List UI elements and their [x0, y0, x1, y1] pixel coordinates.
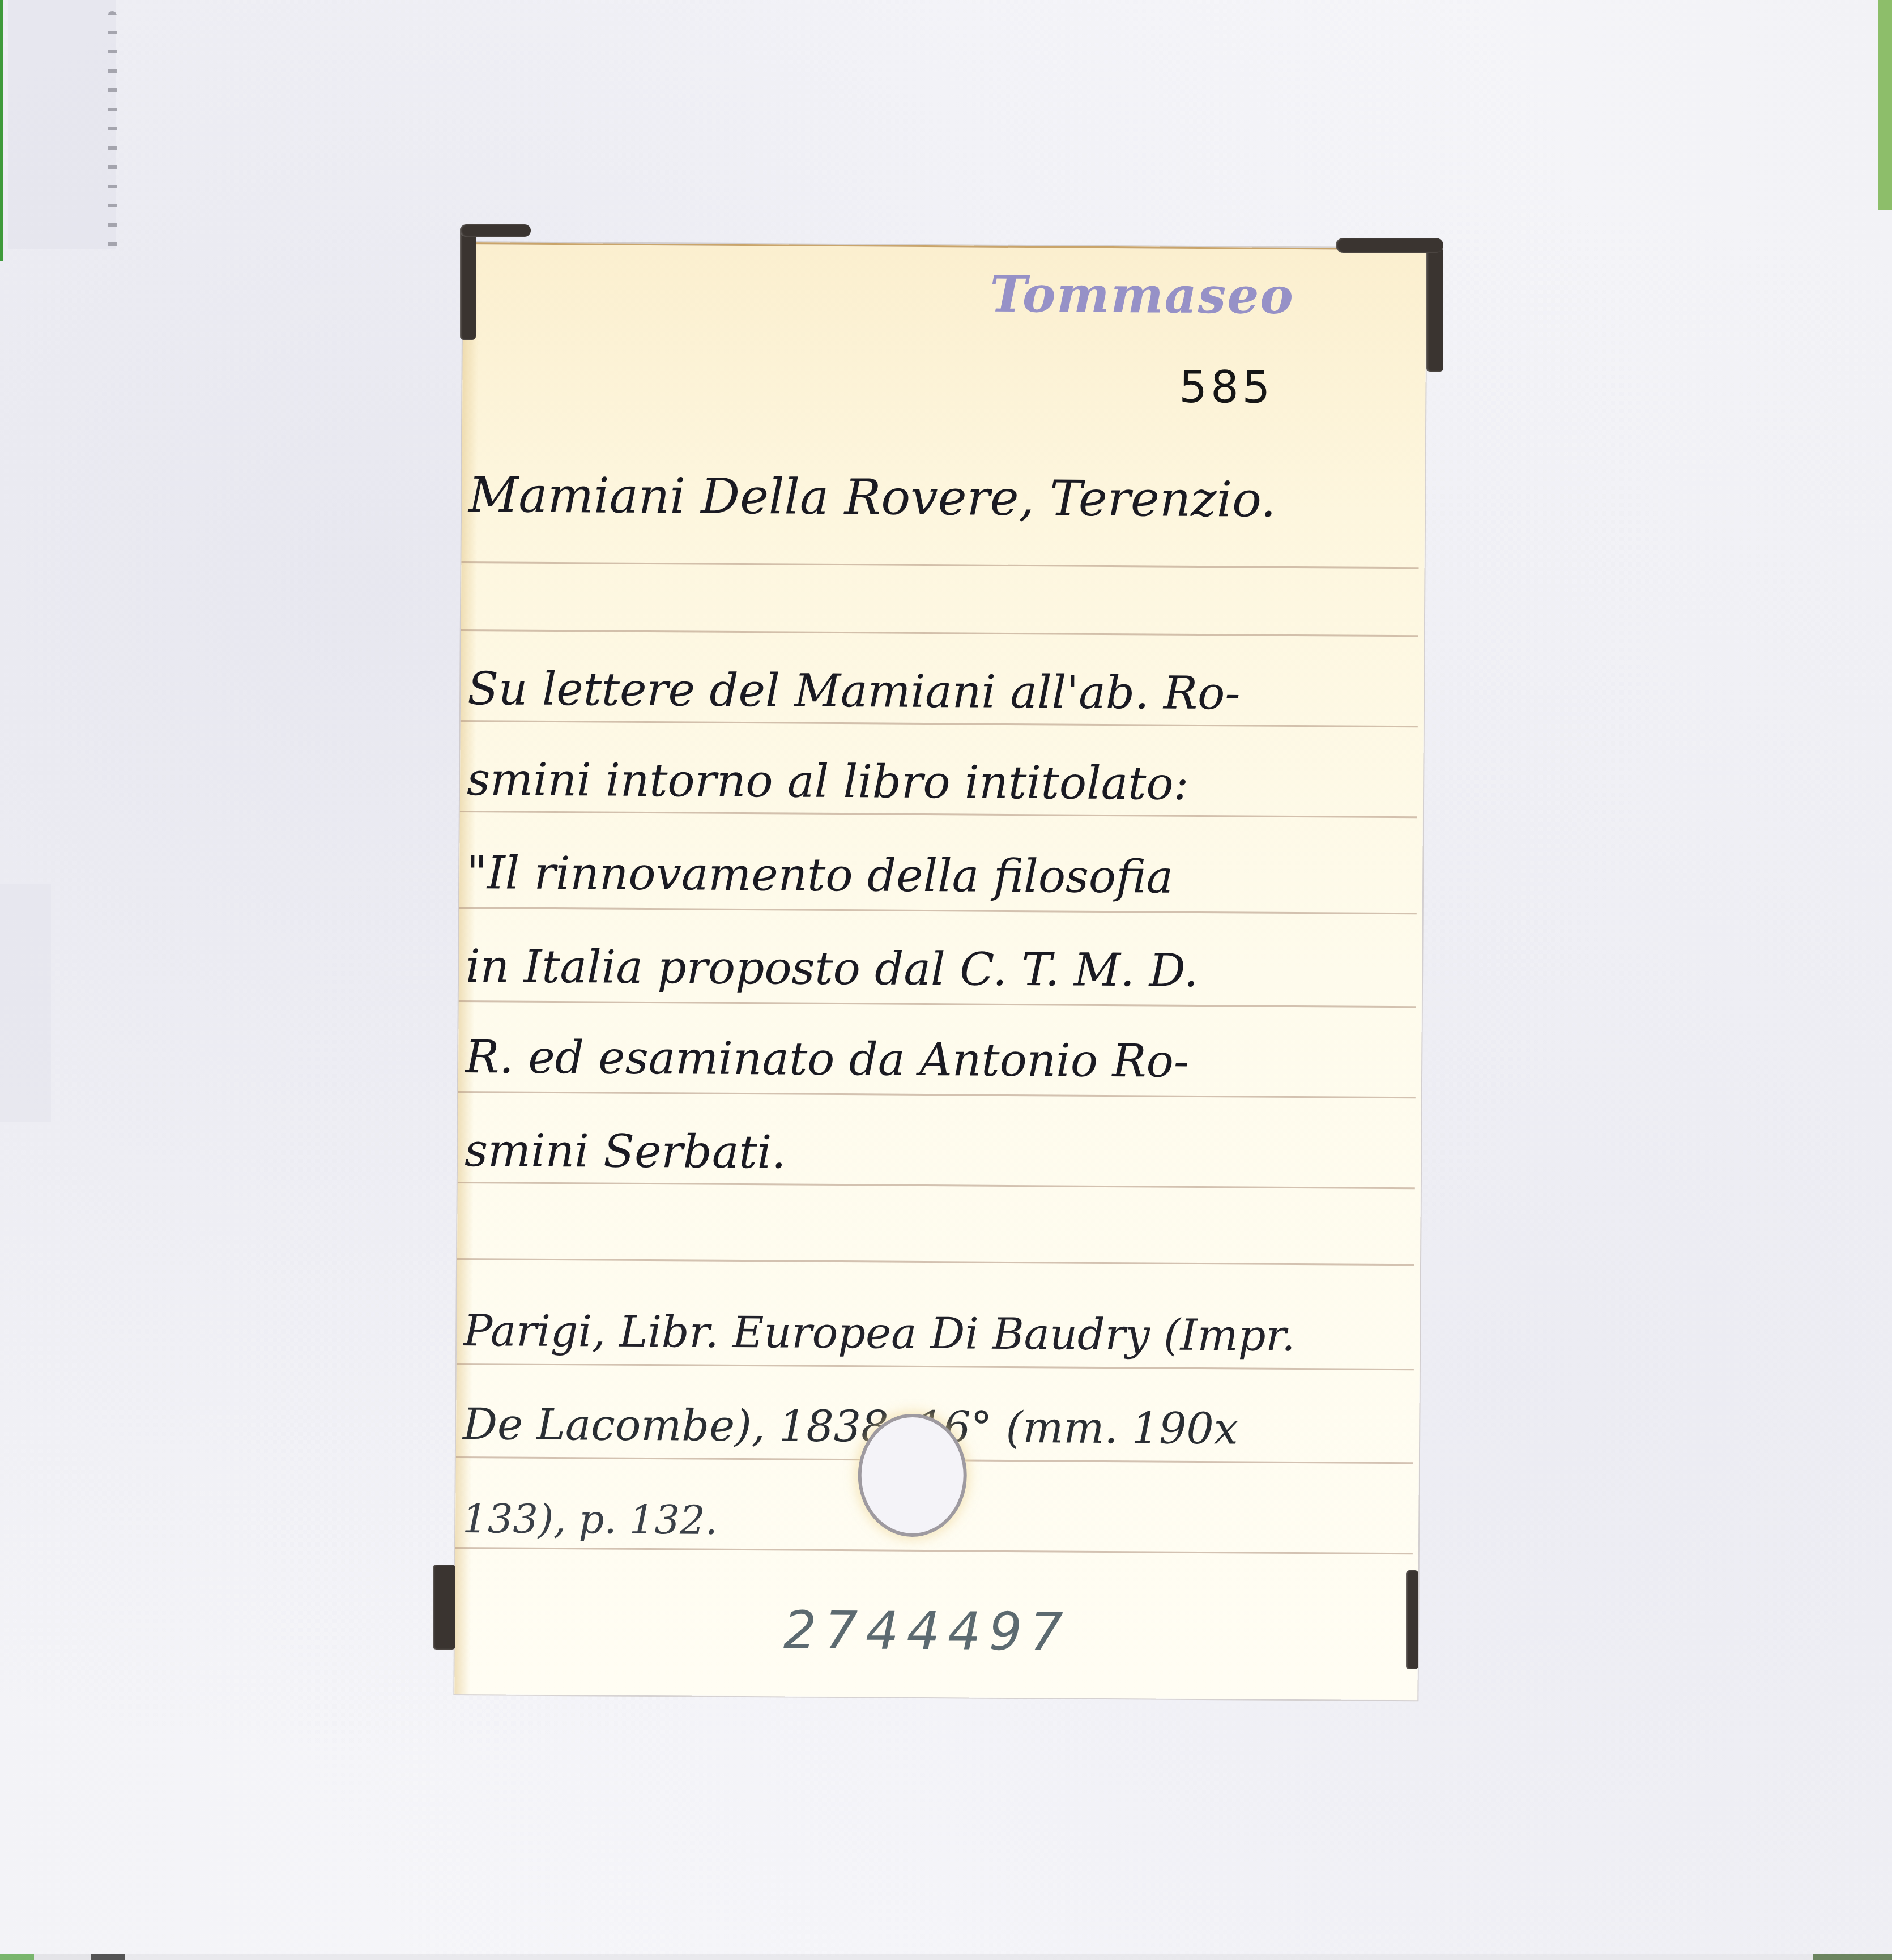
title-line: in Italia proposto dal C. T. M. D.	[466, 944, 1199, 994]
corner-clip-top-left	[460, 227, 476, 340]
imprint-line: Parigi, Libr. Europea Di Baudry (Impr.	[463, 1309, 1296, 1357]
corner-clip-top-right	[1336, 238, 1443, 253]
collection-number: 585	[1179, 362, 1273, 414]
ruled-line	[455, 1547, 1413, 1554]
author-heading: Mamiani Della Rovere, Terenzio.	[468, 471, 1276, 525]
imprint-line: 133), p. 132.	[462, 1499, 718, 1540]
corner-clip-bottom-left	[433, 1565, 455, 1650]
title-line: Su lettere del Mamiani all'ab. Ro-	[467, 666, 1241, 716]
scanner-edge-right	[1878, 0, 1892, 210]
ruled-line	[461, 629, 1418, 637]
background-paper-fragment	[0, 884, 51, 1122]
perforated-edge	[108, 11, 117, 255]
scanner-edge-left	[0, 0, 3, 261]
ruled-line	[458, 1091, 1416, 1098]
ruled-line	[461, 720, 1418, 727]
punch-hole	[858, 1413, 967, 1537]
ruled-line	[457, 1363, 1414, 1370]
collection-stamp: Tommaseo	[990, 265, 1294, 325]
ruled-line	[458, 1182, 1415, 1189]
catalog-card: Tommaseo 585 Mamiani Della Rovere, Teren…	[454, 242, 1426, 1700]
scanner-edge-bottom	[0, 1954, 1892, 1960]
title-line: R. ed esaminato da Antonio Ro-	[465, 1034, 1189, 1084]
accession-number: 2744497	[783, 1600, 1071, 1662]
title-line: "Il rinnovamento della filosofia	[466, 850, 1174, 900]
corner-clip-top-left	[460, 224, 531, 237]
ruled-line	[459, 1000, 1416, 1008]
ruled-line	[457, 1258, 1414, 1266]
ruled-line	[462, 561, 1419, 569]
title-line: smini intorno al libro intitolato:	[467, 757, 1189, 807]
corner-clip-top-right	[1426, 248, 1443, 372]
ruled-line	[459, 907, 1417, 914]
background-paper-fragment	[8, 0, 116, 249]
corner-clip-bottom-right	[1406, 1570, 1418, 1669]
imprint-line: De Lacombe), 1838, 16° (mm. 190x	[463, 1403, 1238, 1450]
title-line: smini Serbati.	[465, 1128, 786, 1175]
ruled-line	[460, 811, 1417, 818]
